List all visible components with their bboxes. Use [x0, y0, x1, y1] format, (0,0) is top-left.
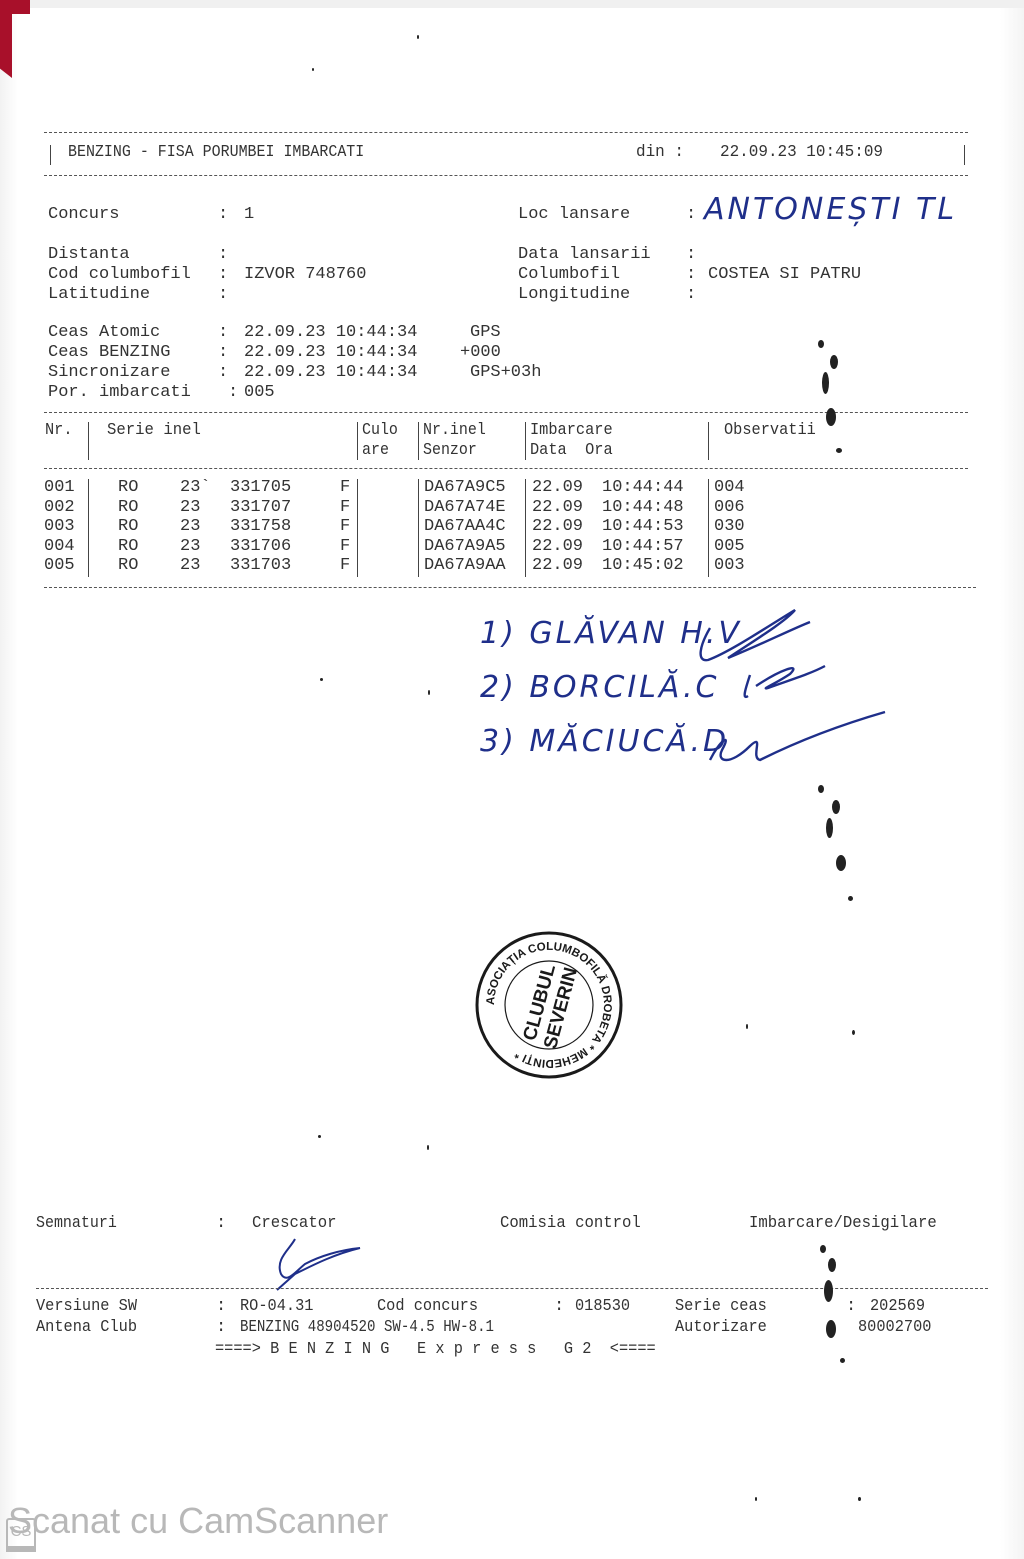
header-bottom-rule: [44, 175, 968, 176]
cell-country: RO: [118, 537, 138, 557]
por-imbarcati-label: Por. imbarcati: [48, 383, 191, 403]
cell-year: 23: [180, 556, 200, 576]
serie-ceas-value: 202569: [870, 1297, 925, 1317]
col-divider: [357, 518, 358, 538]
columbofil-label: Columbofil: [518, 265, 620, 285]
signatures-rule: [36, 1288, 988, 1289]
cell-time: 10:44:57: [602, 537, 684, 557]
cell-sex: F: [340, 478, 350, 498]
concurs-value: 1: [244, 205, 254, 225]
ceas-atomic-colon: :: [218, 323, 228, 343]
cell-sex: F: [340, 517, 350, 537]
cell-nr: 001: [44, 478, 75, 498]
col-divider: [708, 557, 709, 577]
header-top-rule: [44, 132, 968, 133]
col-divider: [525, 422, 526, 460]
serie-ceas-label: Serie ceas: [675, 1297, 767, 1317]
concurs-label: Concurs: [48, 205, 119, 225]
col-divider: [357, 538, 358, 558]
cell-ring: 331758: [230, 517, 291, 537]
header-date-value: 22.09.23 10:45:09: [720, 143, 883, 163]
comisia-control-label: Comisia control: [500, 1214, 641, 1234]
crescator-signature-icon: [265, 1234, 375, 1294]
col-header-imbarcare-1: Imbarcare: [530, 421, 613, 441]
cell-date: 22.09: [532, 537, 583, 557]
sincronizare-label: Sincronizare: [48, 363, 170, 383]
col-divider: [525, 538, 526, 558]
columbofil-value: COSTEA SI PATRU: [708, 265, 861, 285]
col-divider: [88, 499, 89, 519]
cell-sensor: DA67A9A5: [424, 537, 506, 557]
cell-date: 22.09: [532, 478, 583, 498]
header-date-label: din :: [636, 143, 684, 163]
cod-columbofil-colon: :: [218, 265, 228, 285]
col-divider: [708, 518, 709, 538]
col-divider: [418, 422, 419, 460]
cell-sex: F: [340, 498, 350, 518]
ceas-atomic-suffix: GPS: [470, 323, 501, 343]
cell-time: 10:45:02: [602, 556, 684, 576]
cell-time: 10:44:44: [602, 478, 684, 498]
camscanner-watermark: Scanat cu CamScanner: [8, 1500, 388, 1542]
cell-observatii: 005: [714, 537, 745, 557]
longitudine-colon: :: [686, 285, 696, 305]
cell-observatii: 004: [714, 478, 745, 498]
col-divider: [525, 557, 526, 577]
antena-club-colon: :: [216, 1318, 226, 1338]
cod-concurs-colon: :: [554, 1297, 564, 1317]
cell-ring: 331705: [230, 478, 291, 498]
header-left-bar: [50, 145, 51, 165]
cod-concurs-label: Cod concurs: [377, 1297, 478, 1317]
col-header-observatii: Observatii: [724, 421, 816, 441]
cell-time: 10:44:53: [602, 517, 684, 537]
sincronizare-suffix: GPS+03h: [470, 363, 541, 383]
cell-nr: 005: [44, 556, 75, 576]
club-stamp-icon: ASOCIAȚIA COLUMBOFILĂ DROBETA * MEHEDINȚ…: [474, 930, 624, 1080]
concurs-colon: :: [218, 205, 228, 225]
benzing-banner: ====> B E N Z I N G E x p r e s s G 2 <=…: [215, 1340, 656, 1360]
scan-top-edge: [30, 0, 1024, 8]
cell-nr: 003: [44, 517, 75, 537]
latitudine-label: Latitudine: [48, 285, 150, 305]
commission-member-2: 2) BORCILĂ.C: [480, 670, 719, 705]
crescator-label: Crescator: [252, 1214, 336, 1234]
table-header-rule: [44, 468, 968, 469]
col-divider: [357, 499, 358, 519]
cell-date: 22.09: [532, 556, 583, 576]
loc-lansare-colon: :: [686, 205, 696, 225]
col-divider: [708, 499, 709, 519]
col-divider: [357, 557, 358, 577]
serie-ceas-colon: :: [846, 1297, 856, 1317]
cell-observatii: 003: [714, 556, 745, 576]
col-header-imbarcare-2: Data Ora: [530, 441, 613, 461]
folder-tab: [0, 0, 12, 78]
col-divider: [88, 479, 89, 499]
cod-concurs-value: 018530: [575, 1297, 630, 1317]
col-header-serie: Serie inel: [107, 421, 201, 441]
columbofil-colon: :: [686, 265, 696, 285]
ceas-benzing-value: 22.09.23 10:44:34: [244, 343, 417, 363]
versiune-sw-value: RO-04.31: [240, 1297, 313, 1317]
col-divider: [708, 422, 709, 460]
autorizare-value: 80002700: [858, 1318, 931, 1338]
cell-country: RO: [118, 517, 138, 537]
versiune-sw-colon: :: [216, 1297, 226, 1317]
cell-sex: F: [340, 537, 350, 557]
cell-nr: 004: [44, 537, 75, 557]
sincronizare-value: 22.09.23 10:44:34: [244, 363, 417, 383]
cell-year: 23: [180, 537, 200, 557]
col-header-nr-inel-1: Nr.inel: [423, 421, 486, 441]
col-divider: [418, 479, 419, 499]
document-title: BENZING - FISA PORUMBEI IMBARCATI: [68, 143, 364, 163]
col-divider: [525, 499, 526, 519]
col-divider: [708, 479, 709, 499]
cell-country: RO: [118, 478, 138, 498]
antena-club-label: Antena Club: [36, 1318, 137, 1338]
col-divider: [418, 499, 419, 519]
cell-sensor: DA67AA4C: [424, 517, 506, 537]
col-header-nr: Nr.: [45, 421, 73, 441]
distanta-colon: :: [218, 245, 228, 265]
cell-ring: 331707: [230, 498, 291, 518]
cod-columbofil-value: IZVOR 748760: [244, 265, 366, 285]
cell-nr: 002: [44, 498, 75, 518]
col-divider: [525, 479, 526, 499]
cell-year: 23: [180, 517, 200, 537]
col-divider: [88, 557, 89, 577]
cell-observatii: 030: [714, 517, 745, 537]
col-divider: [418, 538, 419, 558]
distanta-label: Distanta: [48, 245, 130, 265]
ceas-atomic-value: 22.09.23 10:44:34: [244, 323, 417, 343]
col-divider: [708, 538, 709, 558]
autorizare-label: Autorizare: [675, 1318, 767, 1338]
cell-sensor: DA67A74E: [424, 498, 506, 518]
ceas-benzing-label: Ceas BENZING: [48, 343, 170, 363]
cell-date: 22.09: [532, 498, 583, 518]
ceas-atomic-label: Ceas Atomic: [48, 323, 160, 343]
cod-columbofil-label: Cod columbofil: [48, 265, 191, 285]
col-divider: [357, 422, 358, 460]
scanned-page: BENZING - FISA PORUMBEI IMBARCATI din : …: [0, 0, 1024, 1559]
loc-lansare-handwritten: ANTONEȘTI TL: [704, 192, 957, 227]
col-divider: [88, 422, 89, 460]
semnaturi-label: Semnaturi: [36, 1214, 117, 1234]
cell-ring: 331703: [230, 556, 291, 576]
data-lansarii-colon: :: [686, 245, 696, 265]
cell-country: RO: [118, 498, 138, 518]
col-header-culoare-2: are: [362, 441, 389, 461]
col-divider: [357, 479, 358, 499]
cell-observatii: 006: [714, 498, 745, 518]
cell-date: 22.09: [532, 517, 583, 537]
ceas-benzing-suffix: +000: [460, 343, 501, 363]
table-bottom-rule: [44, 587, 976, 588]
cell-sensor: DA67A9C5: [424, 478, 506, 498]
col-divider: [418, 518, 419, 538]
longitudine-label: Longitudine: [518, 285, 630, 305]
cell-sex: F: [340, 556, 350, 576]
por-imbarcati-colon: :: [228, 383, 238, 403]
col-header-nr-inel-2: Senzor: [423, 441, 477, 461]
cell-year: 23`: [180, 478, 211, 498]
loc-lansare-label: Loc lansare: [518, 205, 630, 225]
cell-sensor: DA67A9AA: [424, 556, 506, 576]
cell-ring: 331706: [230, 537, 291, 557]
cell-time: 10:44:48: [602, 498, 684, 518]
header-right-bar: [964, 145, 965, 165]
sincronizare-colon: :: [218, 363, 228, 383]
ceas-benzing-colon: :: [218, 343, 228, 363]
cell-year: 23: [180, 498, 200, 518]
col-divider: [525, 518, 526, 538]
col-divider: [88, 538, 89, 558]
cell-country: RO: [118, 556, 138, 576]
col-divider: [88, 518, 89, 538]
versiune-sw-label: Versiune SW: [36, 1297, 137, 1317]
col-header-culoare-1: Culo: [362, 421, 398, 441]
semnaturi-colon: :: [216, 1214, 226, 1234]
latitudine-colon: :: [218, 285, 228, 305]
commission-signatures-icon: [690, 600, 890, 785]
antena-club-value: BENZING 48904520 SW-4.5 HW-8.1: [240, 1318, 494, 1338]
imbarcare-desigilare-label: Imbarcare/Desigilare: [749, 1214, 937, 1234]
por-imbarcati-value: 005: [244, 383, 275, 403]
col-divider: [418, 557, 419, 577]
data-lansarii-label: Data lansarii: [518, 245, 651, 265]
